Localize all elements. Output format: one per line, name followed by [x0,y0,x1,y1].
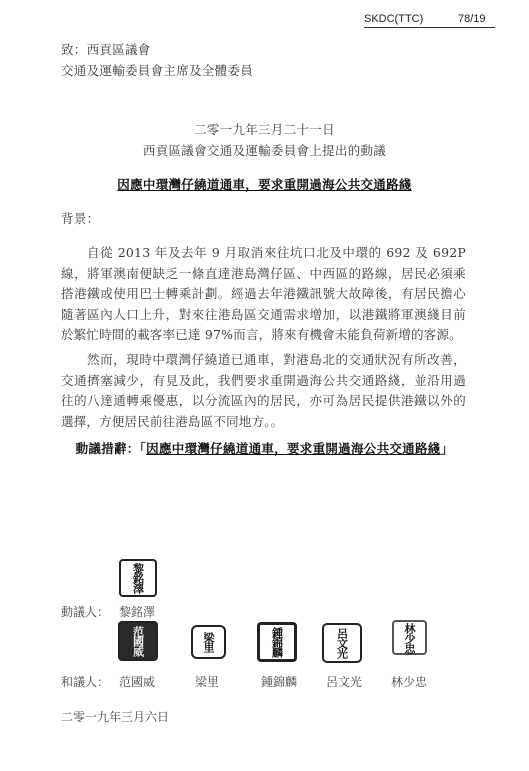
motion-wording: 動議措辭：「因應中環灣仔繞道通車，要求重開過海公共交通路綫」 [0,439,529,457]
seconder-seal-text-5: 林少忠 [404,623,415,653]
seconders-label: 和議人： [61,673,109,690]
header-underline [364,27,495,28]
document-reference: SKDC(TTC) [364,13,423,25]
addressee-line-1: 致：西貢區議會 [61,40,151,58]
motion-subtitle: 西貢區議會交通及運輸委員會上提出的動議 [0,141,529,159]
background-paragraph-2: 然而，現時中環灣仔繞道已通車，對港島北的交通狀況有所改善，交通擠塞減少，有見及此… [61,350,466,432]
page-reference: 78/19 [458,13,486,25]
motion-date: 二零一九年三月二十一日 [0,120,529,138]
seconder-name-3: 鍾錦麟 [261,673,297,690]
mover-name: 黎銘澤 [119,603,155,620]
background-paragraph-1: 自從 2013 年及去年 9 月取消來往坑口北及中環的 692 及 692P 線… [61,243,466,346]
seconder-seal-stamp-4: 呂文光 [322,623,362,663]
seconder-seal-stamp-3: 鍾錦麟 [257,622,297,662]
motion-wording-close: 」 [441,441,454,456]
background-label: 背景： [61,209,99,227]
seconder-name-5: 林少忠 [391,673,427,690]
seconder-name-1: 范國威 [119,673,155,690]
motion-title: 因應中環灣仔繞道通車，要求重開過海公共交通路綫 [0,175,529,193]
seconder-seal-text-2: 梁里 [203,632,214,652]
seconder-name-2: 梁里 [195,673,219,690]
signed-date: 二零一九年三月六日 [61,708,169,725]
mover-seal-text: 黎銘澤 [133,563,144,593]
addressee-line-2: 交通及運輸委員會主席及全體委員 [61,61,253,79]
motion-wording-text: 因應中環灣仔繞道通車，要求重開過海公共交通路綫 [146,441,440,456]
motion-wording-label: 動議措辭：「 [76,441,147,456]
seconder-name-4: 呂文光 [326,673,362,690]
seconder-seal-stamp-5: 林少忠 [392,620,427,655]
seconder-seal-stamp-1: 范國威 [118,621,158,661]
mover-seal-stamp: 黎銘澤 [119,559,157,597]
seconder-seal-stamp-2: 梁里 [191,625,226,659]
seconder-seal-text-3: 鍾錦麟 [272,627,283,657]
seconder-seal-text-1: 范國威 [133,626,144,656]
mover-label: 動議人： [61,603,109,620]
seconder-seal-text-4: 呂文光 [337,628,348,658]
